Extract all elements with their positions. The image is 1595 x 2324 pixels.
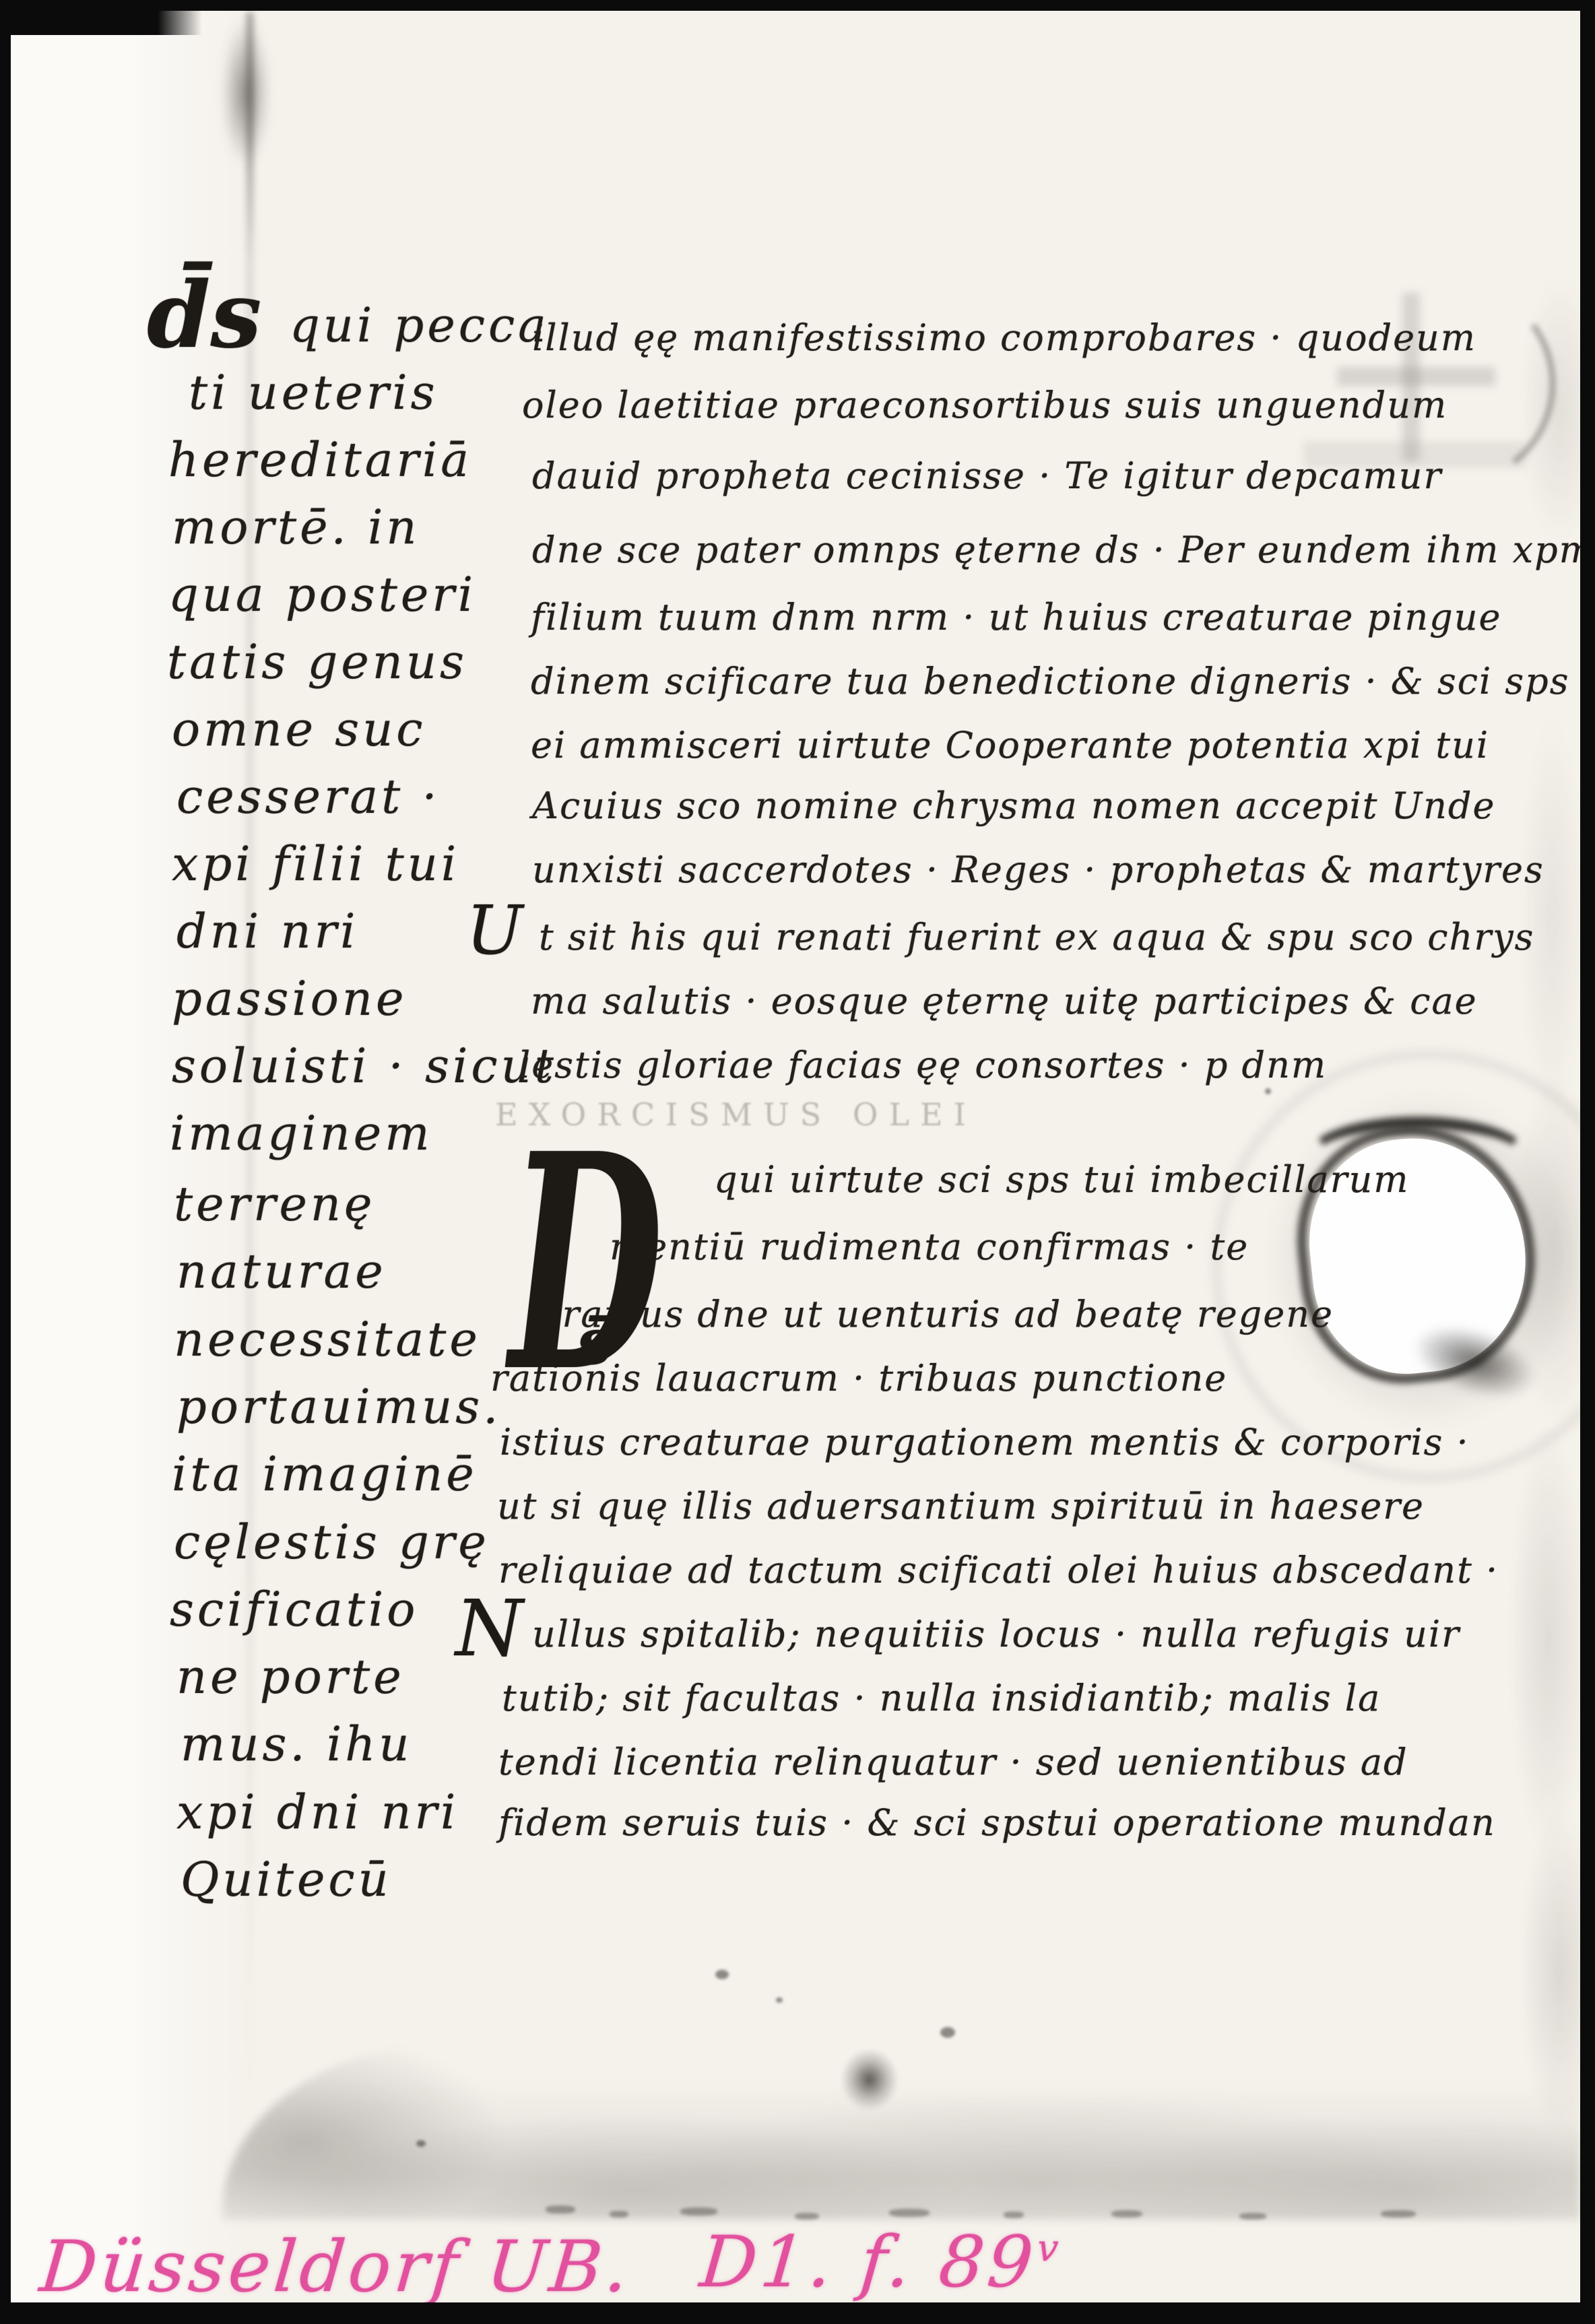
photo-black-frame — [0, 0, 1595, 2324]
manuscript-photo: qui peccati ueterishereditariāmortē. inq… — [0, 0, 1595, 2324]
